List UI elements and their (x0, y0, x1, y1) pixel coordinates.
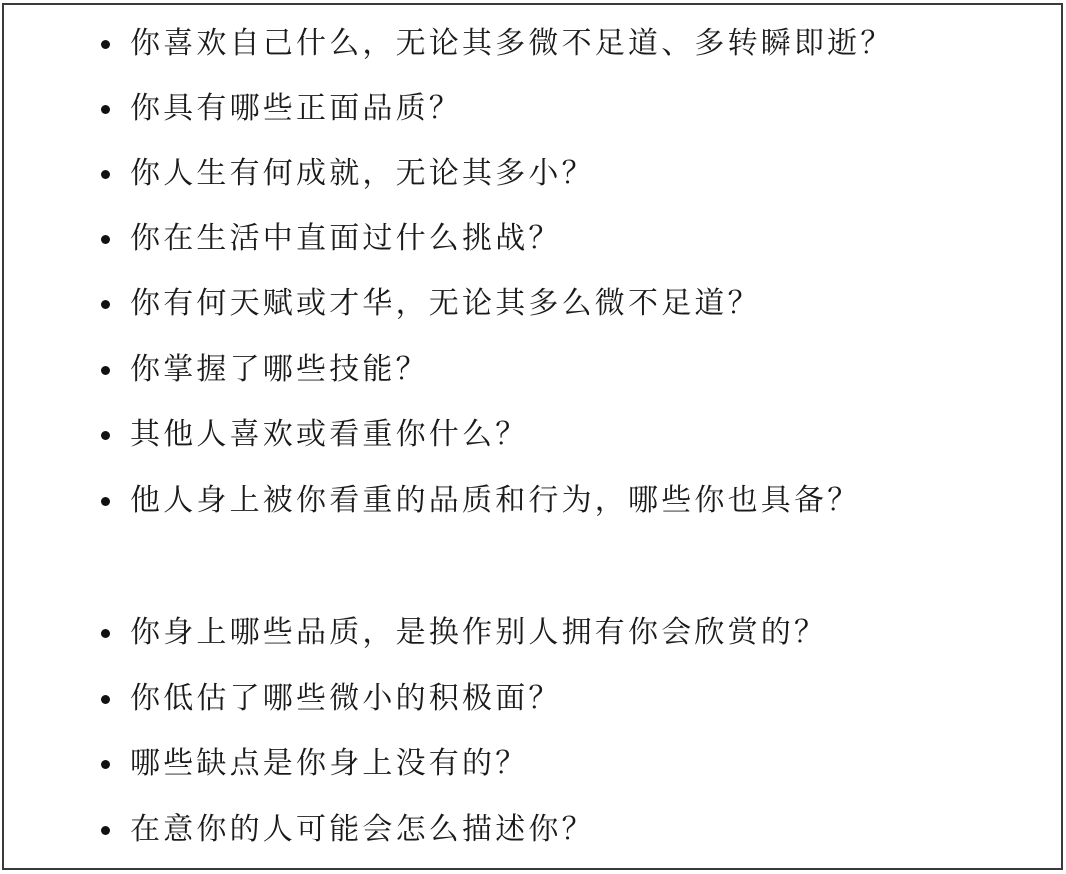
bullet-icon (101, 695, 110, 704)
bullet-icon (101, 629, 110, 638)
question-text: 你喜欢自己什么，无论其多微不足道、多转瞬即逝？ (130, 24, 894, 64)
bullet-icon (101, 497, 110, 506)
question-box: 你喜欢自己什么，无论其多微不足道、多转瞬即逝？ 你具有哪些正面品质？ 你人生有何… (2, 3, 1063, 870)
question-text: 在意你的人可能会怎么描述你？ (130, 810, 595, 850)
bullet-icon (101, 105, 110, 114)
question-text: 他人身上被你看重的品质和行为，哪些你也具备？ (130, 481, 860, 521)
bullet-icon (101, 235, 110, 244)
question-text: 你在生活中直面过什么挑战？ (130, 219, 562, 259)
question-text: 哪些缺点是你身上没有的？ (130, 744, 528, 784)
question-text: 你身上哪些品质，是换作别人拥有你会欣赏的？ (130, 613, 827, 653)
question-text: 其他人喜欢或看重你什么？ (130, 415, 528, 455)
bullet-icon (101, 366, 110, 375)
bullet-icon (101, 170, 110, 179)
bullet-icon (101, 431, 110, 440)
bullet-icon (101, 40, 110, 49)
question-text: 你人生有何成就，无论其多小？ (130, 154, 595, 194)
bullet-icon (101, 826, 110, 835)
question-text: 你低估了哪些微小的积极面？ (130, 679, 562, 719)
question-text: 你掌握了哪些技能？ (130, 350, 429, 390)
question-text: 你具有哪些正面品质？ (130, 89, 462, 129)
question-text: 你有何天赋或才华，无论其多么微不足道？ (130, 284, 761, 324)
bullet-icon (101, 300, 110, 309)
bullet-icon (101, 760, 110, 769)
